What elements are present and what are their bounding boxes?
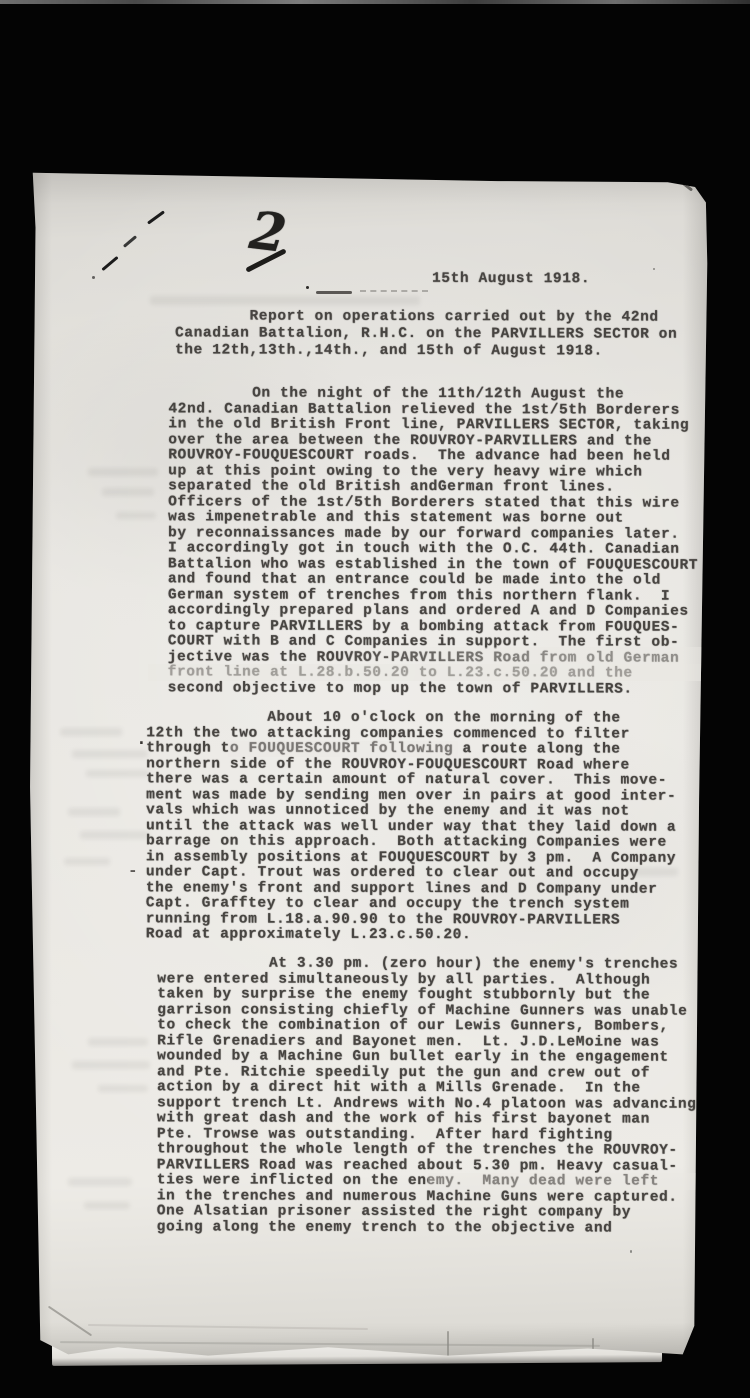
bleedthrough-smudge bbox=[88, 1038, 148, 1046]
paragraph-2: About 10 o'clock on the morning of the 1… bbox=[146, 710, 677, 944]
microfilm-frame: 2 15th August 1918. Report on operations… bbox=[0, 0, 750, 1398]
paragraph-1: On the night of the 11th/12th August the… bbox=[168, 386, 699, 697]
pre-date-dash bbox=[316, 291, 352, 294]
ink-speck bbox=[630, 1250, 632, 1253]
bleedthrough-smudge bbox=[628, 868, 678, 876]
bleedthrough-smudge bbox=[88, 468, 158, 476]
crease-line bbox=[88, 1324, 368, 1329]
paragraph-3: At 3.30 pm. (zero hour) the enemy's tren… bbox=[157, 956, 697, 1236]
crease-line bbox=[60, 1341, 600, 1346]
pre-date-faint-dash bbox=[360, 290, 428, 292]
bleedthrough-smudge bbox=[98, 1085, 148, 1092]
ink-speck bbox=[306, 286, 309, 289]
bleedthrough-smudge bbox=[68, 808, 120, 816]
scanned-document-page: 2 15th August 1918. Report on operations… bbox=[28, 168, 710, 1358]
folded-corner bbox=[664, 174, 710, 214]
date-line: 15th August 1918. bbox=[432, 272, 590, 288]
ink-speck bbox=[653, 268, 655, 270]
corner-crease bbox=[679, 179, 693, 191]
bleedthrough-smudge bbox=[60, 728, 122, 736]
ink-speck bbox=[92, 276, 95, 279]
bleedthrough-smudge bbox=[72, 1061, 150, 1069]
bleedthrough-smudge bbox=[72, 750, 148, 758]
bleedthrough-smudge bbox=[68, 1178, 132, 1186]
bleedthrough-smudge bbox=[150, 296, 420, 305]
pencil-stroke bbox=[101, 256, 118, 271]
bleedthrough-smudge bbox=[84, 1202, 130, 1209]
margin-dash: - bbox=[128, 862, 138, 880]
film-edge-strip bbox=[0, 0, 750, 4]
crease-line bbox=[48, 1306, 92, 1337]
pencil-stroke bbox=[123, 235, 137, 248]
report-heading: Report on operations carried out by the … bbox=[175, 308, 677, 360]
bleedthrough-smudge bbox=[80, 831, 150, 839]
bleedthrough-smudge bbox=[116, 512, 156, 519]
bleedthrough-smudge bbox=[102, 488, 154, 496]
pencil-stroke bbox=[147, 210, 165, 224]
bleedthrough-smudge bbox=[64, 858, 110, 865]
bleedthrough-smudge bbox=[86, 770, 150, 777]
